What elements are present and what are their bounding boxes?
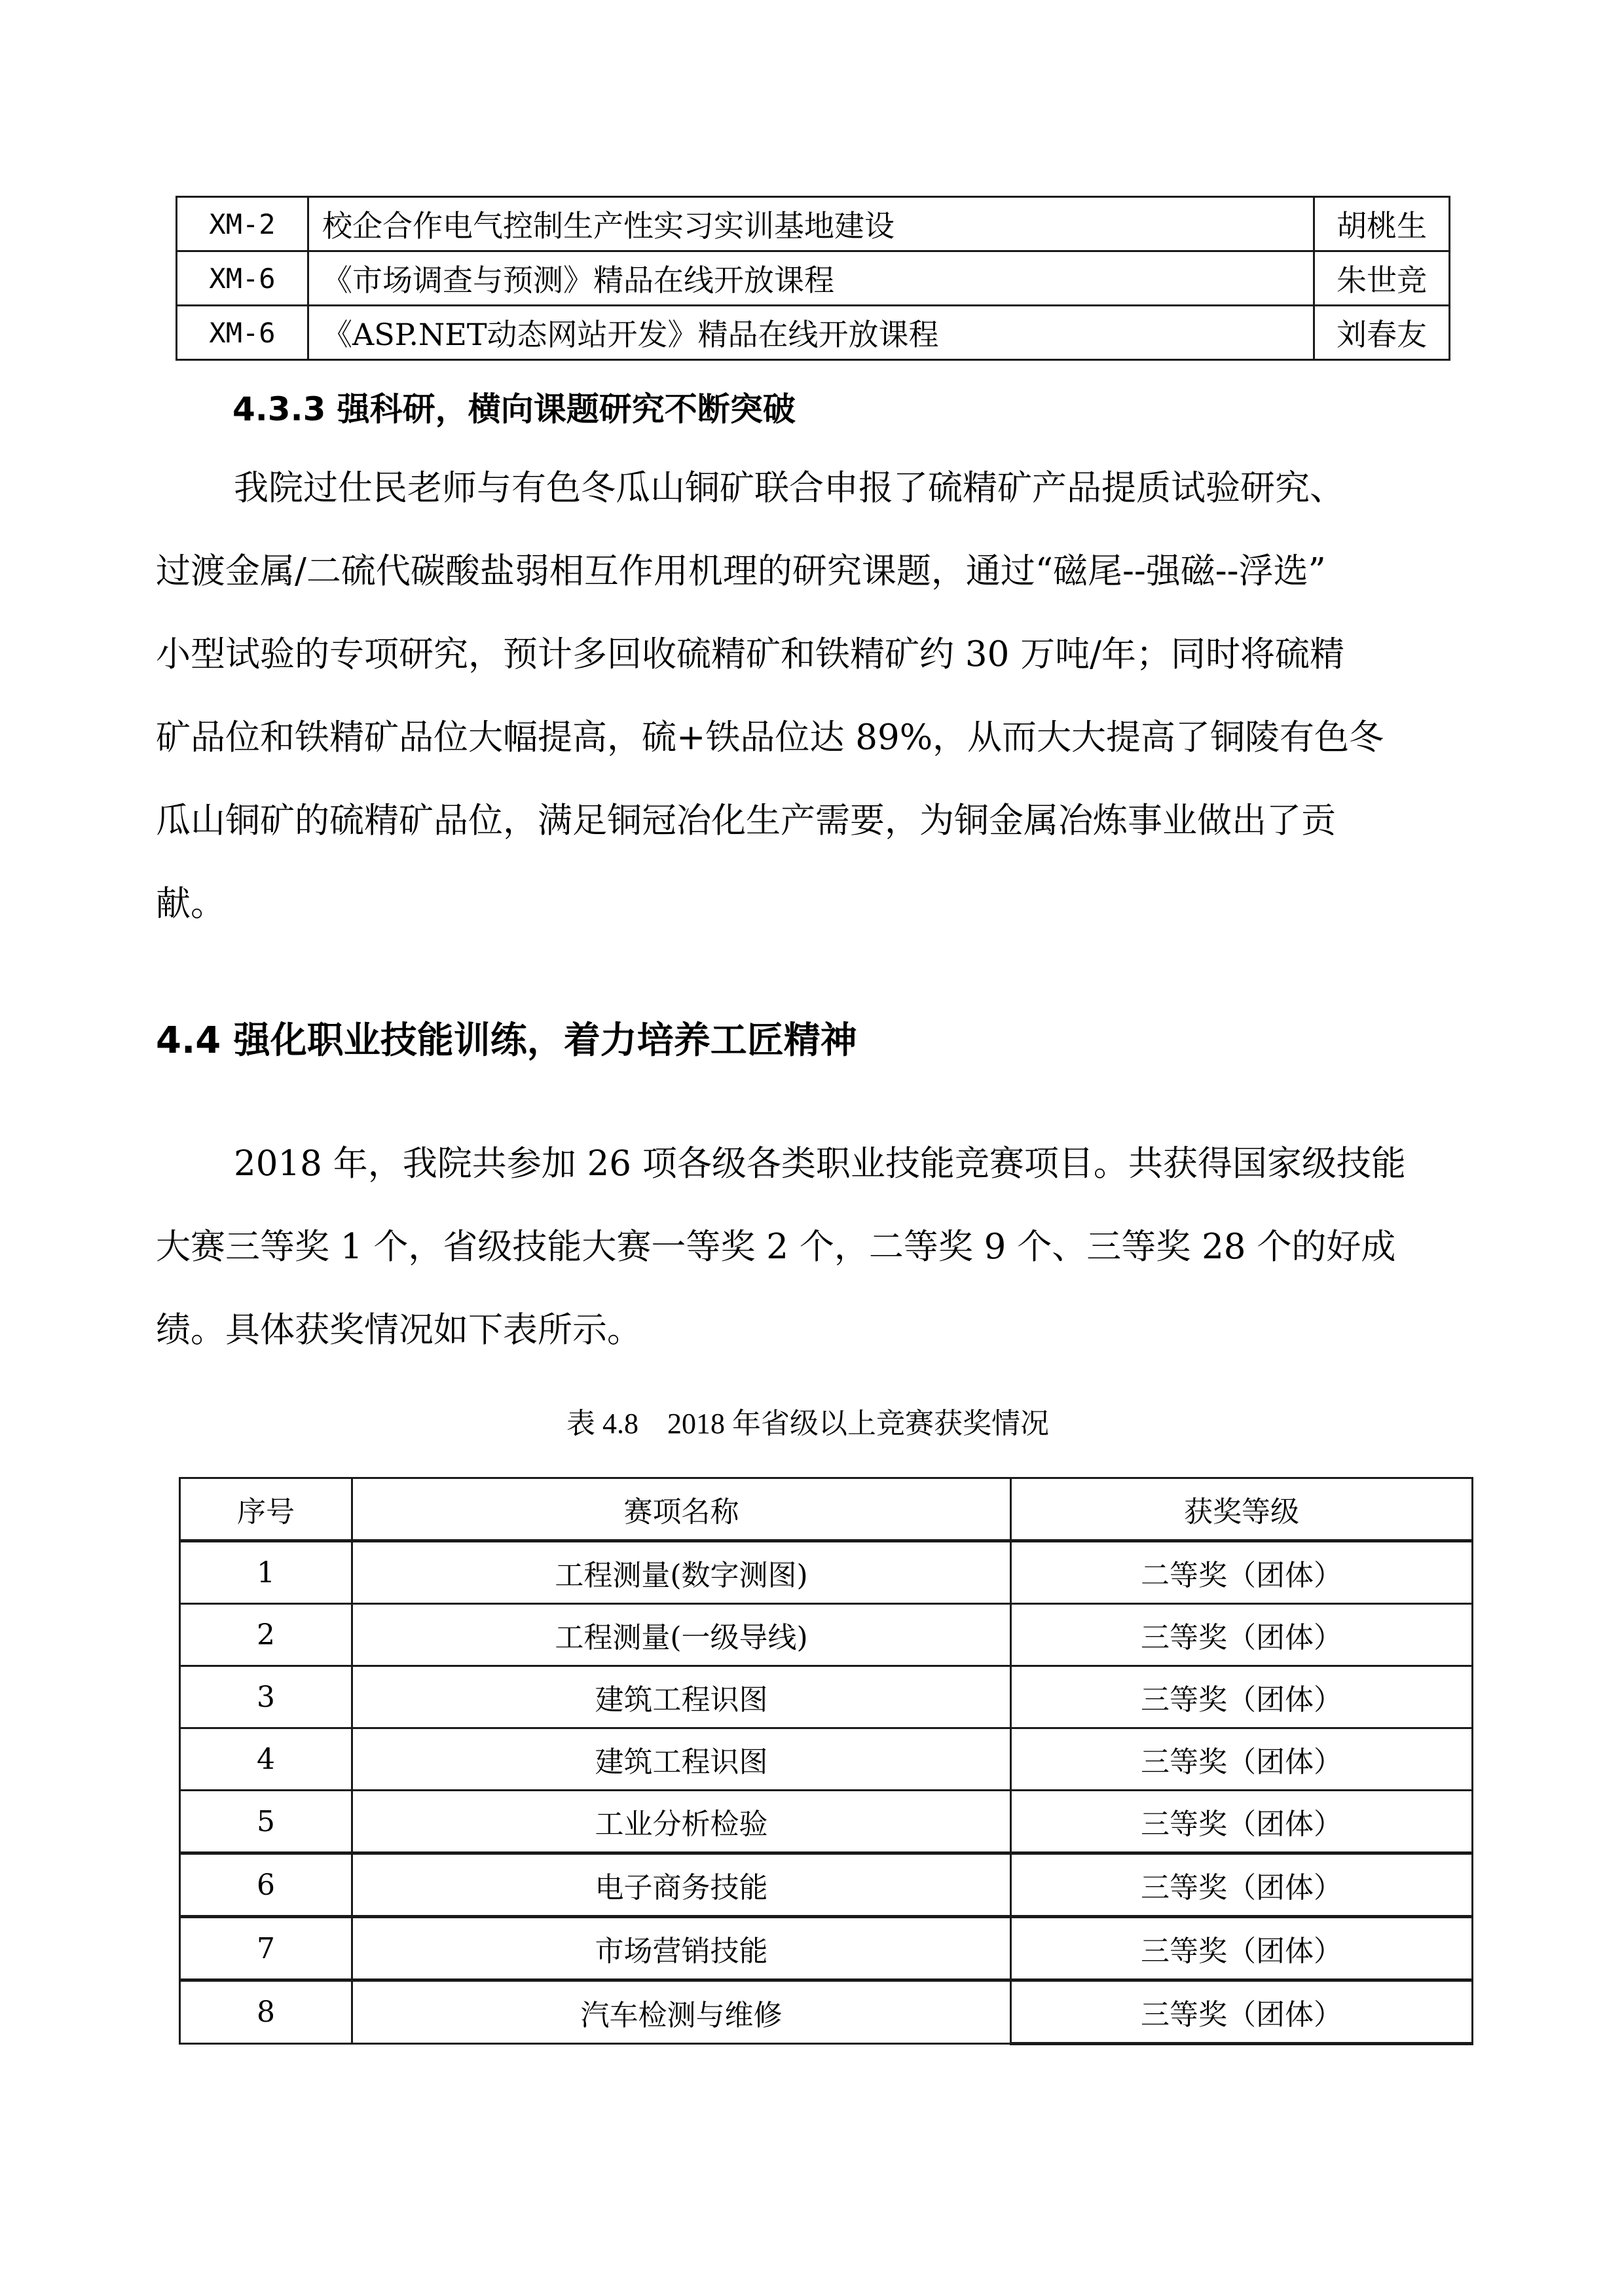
table-row: 8 汽车检测与维修 三等奖（团体） xyxy=(180,1980,1473,2044)
section-heading-4-4: 4.4 强化职业技能训练，着力培养工匠精神 xyxy=(156,1011,857,1064)
table-row: XM-2 校企合作电气控制生产性实习实训基地建设 胡桃生 xyxy=(177,197,1450,251)
paragraph-line: 大赛三等奖 1 个，省级技能大赛一等奖 2 个，二等奖 9 个、三等奖 28 个… xyxy=(156,1228,1395,1267)
row-number: 7 xyxy=(180,1917,352,1980)
paragraph-line: 绩。具体获奖情况如下表所示。 xyxy=(156,1311,642,1350)
paragraph-line: 小型试验的专项研究，预计多回收硫精矿和铁精矿约 30 万吨/年；同时将硫精 xyxy=(156,635,1344,674)
project-code: XM-6 xyxy=(177,306,308,360)
event-name: 市场营销技能 xyxy=(352,1917,1011,1980)
event-name: 工程测量(一级导线) xyxy=(352,1604,1011,1666)
row-number: 5 xyxy=(180,1791,352,1853)
table-row: XM-6 《ASP.NET动态网站开发》精品在线开放课程 刘春友 xyxy=(177,306,1450,360)
table-caption: 表 4.8 2018 年省级以上竞赛获奖情况 xyxy=(566,1400,1049,1442)
event-name: 电子商务技能 xyxy=(352,1853,1011,1917)
project-table: XM-2 校企合作电气控制生产性实习实训基地建设 胡桃生 XM-6 《市场调查与… xyxy=(175,196,1450,361)
award-level: 三等奖（团体） xyxy=(1011,1666,1473,1728)
section-heading-4-3-3: 4.3.3 强科研，横向课题研究不断突破 xyxy=(232,383,796,430)
row-number: 8 xyxy=(180,1980,352,2044)
column-header-no: 序号 xyxy=(180,1478,352,1541)
award-level: 三等奖（团体） xyxy=(1011,1728,1473,1791)
project-code: XM-6 xyxy=(177,251,308,306)
award-level: 三等奖（团体） xyxy=(1011,1917,1473,1980)
table-row: 3 建筑工程识图 三等奖（团体） xyxy=(180,1666,1473,1728)
row-number: 1 xyxy=(180,1541,352,1604)
event-name: 建筑工程识图 xyxy=(352,1666,1011,1728)
event-name: 工程测量(数字测图) xyxy=(352,1541,1011,1604)
table-row: 2 工程测量(一级导线) 三等奖（团体） xyxy=(180,1604,1473,1666)
award-level: 三等奖（团体） xyxy=(1011,1604,1473,1666)
row-number: 6 xyxy=(180,1853,352,1917)
row-number: 4 xyxy=(180,1728,352,1791)
row-number: 2 xyxy=(180,1604,352,1666)
award-level: 二等奖（团体） xyxy=(1011,1541,1473,1604)
project-title: 《ASP.NET动态网站开发》精品在线开放课程 xyxy=(308,306,1314,360)
table-row: 5 工业分析检验 三等奖（团体） xyxy=(180,1791,1473,1853)
project-owner: 胡桃生 xyxy=(1314,197,1450,251)
award-level: 三等奖（团体） xyxy=(1011,1980,1473,2044)
paragraph-line: 2018 年，我院共参加 26 项各级各类职业技能竞赛项目。共获得国家级技能 xyxy=(234,1144,1406,1184)
table-row: 4 建筑工程识图 三等奖（团体） xyxy=(180,1728,1473,1791)
table-row: XM-6 《市场调查与预测》精品在线开放课程 朱世竞 xyxy=(177,251,1450,306)
row-number: 3 xyxy=(180,1666,352,1728)
table-row: 6 电子商务技能 三等奖（团体） xyxy=(180,1853,1473,1917)
award-level: 三等奖（团体） xyxy=(1011,1853,1473,1917)
table-header-row: 序号 赛项名称 获奖等级 xyxy=(180,1478,1473,1541)
paragraph-line: 过渡金属/二硫代碳酸盐弱相互作用机理的研究课题，通过“磁尾--强磁--浮选” xyxy=(156,552,1326,591)
paragraph-line: 矿品位和铁精矿品位大幅提高，硫+铁品位达 89%，从而大大提高了铜陵有色冬 xyxy=(156,718,1384,757)
project-code: XM-2 xyxy=(177,197,308,251)
event-name: 汽车检测与维修 xyxy=(352,1980,1011,2044)
award-table: 序号 赛项名称 获奖等级 1 工程测量(数字测图) 二等奖（团体） 2 工程测量… xyxy=(179,1477,1473,2045)
paragraph-line: 瓜山铜矿的硫精矿品位，满足铜冠冶化生产需要，为铜金属冶炼事业做出了贡 xyxy=(156,801,1336,841)
award-level: 三等奖（团体） xyxy=(1011,1791,1473,1853)
table-row: 7 市场营销技能 三等奖（团体） xyxy=(180,1917,1473,1980)
project-owner: 刘春友 xyxy=(1314,306,1450,360)
column-header-event: 赛项名称 xyxy=(352,1478,1011,1541)
project-owner: 朱世竞 xyxy=(1314,251,1450,306)
event-name: 建筑工程识图 xyxy=(352,1728,1011,1791)
table-row: 1 工程测量(数字测图) 二等奖（团体） xyxy=(180,1541,1473,1604)
paragraph-line: 我院过仕民老师与有色冬瓜山铜矿联合申报了硫精矿产品提质试验研究、 xyxy=(234,469,1344,508)
project-title: 《市场调查与预测》精品在线开放课程 xyxy=(308,251,1314,306)
column-header-level: 获奖等级 xyxy=(1011,1478,1473,1541)
paragraph-line: 献。 xyxy=(156,884,225,924)
project-title: 校企合作电气控制生产性实习实训基地建设 xyxy=(308,197,1314,251)
event-name: 工业分析检验 xyxy=(352,1791,1011,1853)
